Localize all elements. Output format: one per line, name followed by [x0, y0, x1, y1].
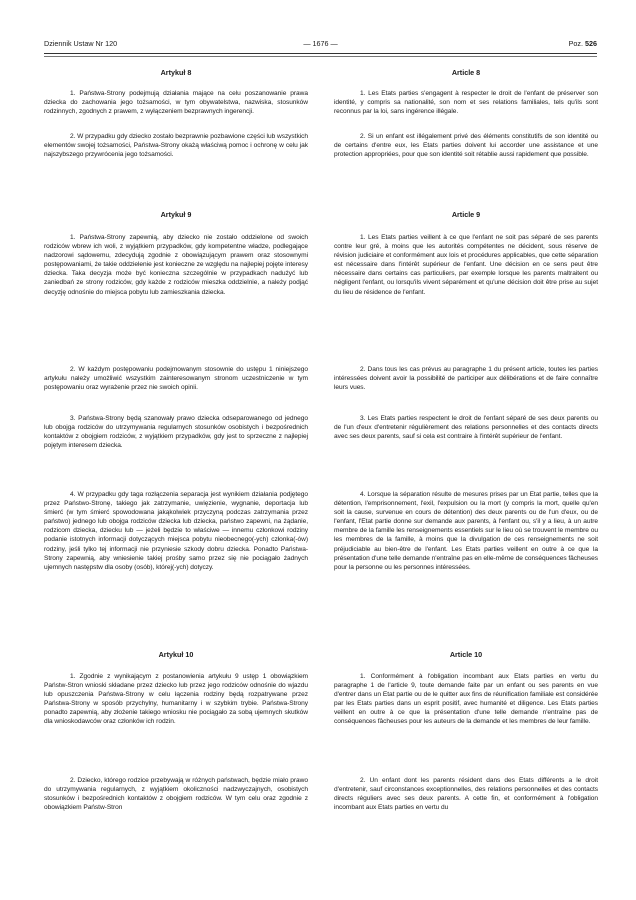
position-prefix: Poz.: [569, 39, 583, 48]
article-10-title-pl: Artykuł 10: [44, 650, 308, 660]
article-8-para-1-pl: 1. Państwa-Strony podejmują działania ma…: [44, 89, 308, 116]
article-10-title-fr: Article 10: [334, 650, 598, 660]
document-page: Dziennik Ustaw Nr 120 — 1676 — Poz. 526 …: [44, 38, 597, 54]
article-9-para-4-pl: 4. W przypadku gdy taga rozłączenia sepa…: [44, 490, 308, 572]
article-9-para-1-fr: 1. Les Etats parties veillent à ce que l…: [334, 233, 598, 297]
article-9-para-3-fr: 3. Les Etats parties respectent le droit…: [334, 414, 598, 441]
article-9-para-4-fr: 4. Lorsque la séparation résulte de mesu…: [334, 490, 598, 572]
article-9-para-1-pl: 1. Państwa-Strony zapewnią, aby dziecko …: [44, 233, 308, 297]
article-8-para-2-fr: 2. Si un enfant est illégalement privé d…: [334, 132, 598, 159]
article-9-para-2-pl: 2. W każdym postępowaniu podejmowanym st…: [44, 365, 308, 392]
position-number: 526: [585, 39, 597, 48]
article-10-para-2-pl: 2. Dziecko, którego rodzice przebywają w…: [44, 776, 308, 812]
header-rule: [44, 56, 597, 57]
article-10-para-1-pl: 1. Zgodnie z wynikającym z postanowienia…: [44, 672, 308, 727]
article-8-para-1-fr: 1. Les Etats parties s'engagent à respec…: [334, 89, 598, 116]
article-9-para-2-fr: 2. Dans tous les cas prévus au paragraph…: [334, 365, 598, 392]
article-8-title-fr: Article 8: [334, 68, 598, 78]
article-8-para-2-pl: 2. W przypadku gdy dziecko zostało bezpr…: [44, 132, 308, 159]
article-9-title-pl: Artykuł 9: [44, 210, 308, 220]
article-10-para-1-fr: 1. Conformément à l'obligation incombant…: [334, 672, 598, 727]
page-header: Dziennik Ustaw Nr 120 — 1676 — Poz. 526: [44, 38, 597, 54]
article-8-title-pl: Artykuł 8: [44, 68, 308, 78]
article-9-para-3-pl: 3. Państwa-Strony będą szanowały prawo d…: [44, 414, 308, 450]
page-number: — 1676 —: [44, 38, 597, 50]
article-9-title-fr: Article 9: [334, 210, 598, 220]
article-10-para-2-fr: 2. Un enfant dont les parents résident d…: [334, 776, 598, 812]
position-label: Poz. 526: [569, 38, 597, 50]
